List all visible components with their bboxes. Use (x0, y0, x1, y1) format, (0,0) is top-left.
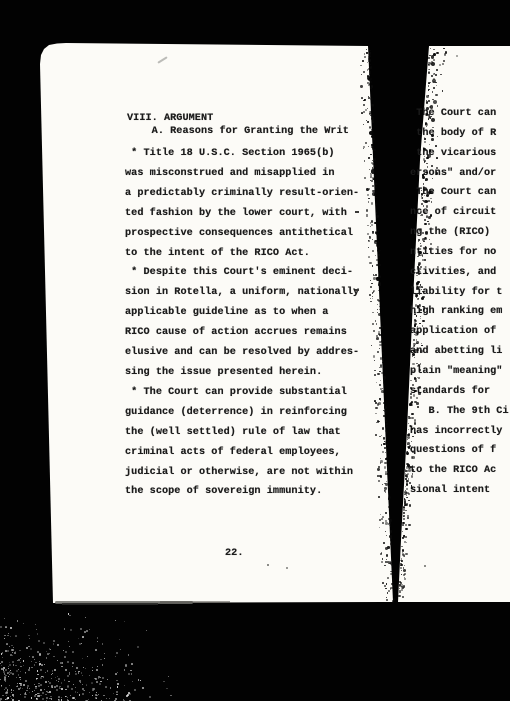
text-line: sing the issue presented herein. (125, 363, 359, 383)
noise-dot (9, 671, 10, 672)
text-line: * The Court can provide substantial (125, 383, 359, 403)
noise-dot (34, 659, 35, 660)
noise-dot (391, 571, 392, 572)
noise-dot (414, 432, 416, 434)
noise-dot (60, 662, 62, 664)
noise-dot (389, 535, 392, 538)
noise-dot (374, 165, 376, 167)
noise-dot (424, 156, 425, 157)
noise-dot (54, 686, 56, 688)
noise-dot (137, 646, 139, 648)
noise-dot (360, 85, 362, 87)
text-line: the scope of sovereign immunity. (125, 482, 359, 502)
noise-dot (61, 697, 62, 698)
noise-dot (82, 636, 84, 638)
noise-dot (47, 670, 48, 671)
noise-dot (0, 679, 1, 680)
noise-dot (378, 254, 380, 256)
noise-dot (95, 697, 97, 699)
noise-dot (1, 665, 2, 666)
noise-dot (38, 685, 40, 687)
noise-dot (51, 685, 53, 687)
noise-dot (433, 59, 435, 61)
noise-dot (412, 469, 414, 471)
noise-dot (31, 667, 32, 668)
noise-dot (67, 661, 69, 663)
noise-dot (8, 697, 9, 698)
text-line: judicial or otherwise, are not within (125, 463, 359, 483)
text-line: questions of f (410, 441, 509, 461)
text-line: * Despite this Court's eminent deci- (125, 263, 359, 283)
noise-dot (8, 668, 10, 670)
noise-dot (376, 277, 380, 281)
noise-dot (92, 695, 93, 696)
noise-dot (61, 682, 62, 683)
noise-dot (67, 675, 69, 677)
noise-dot (415, 333, 417, 335)
noise-dot (373, 141, 374, 142)
noise-dot (366, 120, 367, 121)
noise-dot (96, 692, 97, 693)
noise-dot (98, 678, 99, 679)
noise-dot (379, 306, 380, 307)
noise-dot (416, 363, 417, 364)
noise-dot (428, 216, 431, 219)
noise-dot (78, 638, 79, 639)
noise-dot (416, 275, 417, 276)
noise-dot (5, 687, 7, 689)
noise-dot (424, 200, 428, 204)
noise-dot (3, 671, 5, 673)
noise-dot (389, 511, 391, 513)
noise-dot (10, 636, 11, 637)
noise-dot (89, 675, 90, 676)
noise-dot (426, 126, 427, 127)
noise-dot (82, 658, 83, 659)
noise-dot (45, 694, 47, 696)
noise-dot (414, 312, 415, 313)
noise-dot (368, 157, 369, 158)
noise-dot (16, 677, 17, 678)
noise-dot (80, 682, 81, 683)
noise-dot (20, 684, 21, 685)
noise-dot (65, 696, 66, 697)
noise-dot (49, 653, 50, 654)
noise-dot (411, 475, 413, 477)
noise-dot (39, 653, 41, 655)
noise-dot (55, 677, 56, 678)
noise-dot (378, 300, 381, 303)
noise-dot (374, 180, 375, 181)
noise-dot (387, 577, 389, 579)
noise-dot (375, 255, 376, 256)
noise-dot (34, 690, 35, 691)
noise-dot (390, 573, 393, 576)
noise-dot (375, 183, 377, 185)
noise-dot (4, 618, 5, 619)
noise-dot (40, 689, 42, 691)
noise-dot (374, 370, 375, 371)
noise-dot (116, 652, 118, 654)
noise-dot (23, 684, 25, 686)
noise-dot (46, 697, 47, 698)
text-line: guidance (deterrence) in reinforcing (125, 403, 359, 423)
noise-dot (428, 100, 430, 102)
noise-dot (378, 480, 380, 482)
noise-dot (125, 664, 127, 666)
noise-dot (383, 437, 385, 439)
noise-dot (29, 656, 30, 657)
noise-dot (372, 250, 374, 252)
text-line: has incorrectly (410, 422, 509, 442)
noise-dot (59, 687, 60, 688)
noise-dot (420, 363, 422, 365)
noise-dot (25, 680, 27, 682)
noise-dot (62, 662, 64, 664)
noise-dot (53, 640, 55, 642)
noise-dot (115, 698, 117, 700)
noise-dot (376, 259, 378, 261)
noise-dot (75, 691, 77, 693)
noise-dot (370, 301, 371, 302)
noise-dot (386, 436, 387, 437)
noise-dot (387, 468, 390, 471)
noise-dot (385, 522, 387, 524)
noise-dot (376, 337, 379, 340)
noise-dot (20, 671, 21, 672)
noise-dot (9, 685, 10, 686)
noise-dot (416, 339, 418, 341)
noise-dot (88, 699, 89, 700)
noise-dot (28, 646, 29, 647)
noise-dot (48, 692, 49, 693)
noise-dot (363, 111, 365, 113)
noise-dot (75, 699, 76, 700)
noise-dot (126, 695, 127, 696)
noise-dot (13, 690, 14, 691)
noise-dot (428, 69, 429, 70)
noise-dot (56, 689, 58, 691)
noise-dot (20, 687, 21, 688)
noise-dot (428, 191, 431, 194)
noise-dot (41, 664, 43, 666)
noise-dot (124, 669, 126, 671)
noise-dot (168, 676, 169, 677)
noise-dot (7, 635, 9, 637)
noise-dot (5, 674, 6, 675)
noise-dot (102, 643, 103, 644)
noise-dot (431, 75, 433, 77)
noise-dot (116, 694, 118, 696)
noise-dot (19, 677, 21, 679)
noise-dot (420, 350, 423, 353)
noise-dot (40, 695, 42, 697)
noise-dot (58, 681, 59, 682)
noise-dot (381, 518, 383, 520)
text-line: sion in Rotella, a uniform, nationally (125, 283, 359, 303)
scan-speck (267, 564, 269, 566)
noise-dot (38, 640, 39, 641)
noise-dot (96, 698, 97, 699)
noise-dot (95, 649, 97, 651)
noise-dot (35, 687, 37, 689)
noise-dot (418, 273, 420, 275)
noise-dot (82, 675, 83, 676)
noise-dot (378, 313, 380, 315)
noise-dot (411, 487, 413, 489)
noise-dot (366, 209, 368, 211)
noise-dot (370, 64, 371, 65)
noise-dot (373, 138, 375, 140)
noise-dot (429, 144, 430, 145)
noise-dot (410, 393, 412, 395)
noise-dot (392, 583, 393, 584)
noise-dot (106, 698, 107, 699)
noise-dot (432, 79, 436, 83)
noise-dot (392, 579, 394, 581)
noise-dot (13, 647, 14, 648)
noise-dot (371, 169, 375, 173)
noise-dot (67, 699, 68, 700)
noise-dot (427, 221, 429, 223)
noise-dot (89, 692, 90, 693)
noise-dot (377, 373, 379, 375)
noise-dot (79, 694, 80, 695)
noise-dot (7, 689, 8, 690)
noise-dot (390, 539, 391, 540)
noise-dot (388, 486, 390, 488)
noise-dot (373, 330, 375, 332)
noise-dot (423, 308, 425, 310)
noise-dot (414, 422, 416, 424)
noise-dot (376, 382, 377, 383)
noise-dot (131, 663, 133, 665)
scan-speck (424, 565, 426, 567)
noise-dot (78, 672, 80, 674)
noise-dot (85, 668, 86, 669)
noise-dot (20, 694, 21, 695)
noise-dot (117, 683, 119, 685)
noise-dot (104, 658, 105, 659)
page-number: 22. (225, 548, 244, 559)
noise-dot (75, 687, 76, 688)
noise-dot (376, 243, 379, 246)
noise-dot (408, 433, 411, 436)
noise-dot (1, 661, 3, 663)
noise-dot (385, 547, 387, 549)
noise-dot (407, 517, 409, 519)
noise-dot (370, 81, 372, 83)
noise-dot (8, 666, 9, 667)
noise-dot (374, 374, 376, 376)
noise-dot (42, 698, 44, 700)
noise-dot (376, 212, 378, 214)
noise-dot (435, 145, 437, 147)
noise-dot (29, 688, 30, 689)
noise-dot (39, 693, 40, 694)
text-line: the (well settled) rule of law that (125, 423, 359, 443)
noise-dot (405, 504, 407, 506)
text-line: * Title 18 U.S.C. Section 1965(b) (125, 144, 359, 164)
noise-dot (14, 652, 16, 654)
noise-dot (65, 669, 67, 671)
noise-dot (85, 617, 86, 618)
noise-dot (97, 641, 98, 642)
noise-dot (140, 680, 141, 681)
noise-dot (368, 240, 370, 242)
noise-dot (367, 82, 369, 84)
noise-dot (115, 620, 116, 621)
noise-dot (131, 673, 132, 674)
noise-dot (25, 672, 26, 673)
noise-dot (36, 678, 37, 679)
noise-dot (410, 396, 413, 399)
noise-dot (433, 73, 435, 75)
noise-dot (81, 672, 83, 674)
noise-dot (67, 686, 69, 688)
noise-dot (45, 672, 46, 673)
noise-dot (421, 197, 423, 199)
noise-dot (76, 667, 78, 669)
noise-dot (58, 678, 60, 680)
noise-dot (428, 200, 430, 202)
noise-dot (9, 674, 10, 675)
noise-dot (386, 599, 388, 601)
noise-dot (68, 681, 70, 683)
noise-dot (73, 684, 74, 685)
noise-dot (2, 695, 3, 696)
noise-dot (384, 487, 386, 489)
noise-dot (50, 696, 51, 697)
noise-dot (373, 161, 374, 162)
noise-dot (405, 474, 408, 477)
noise-dot (18, 688, 20, 690)
noise-dot (379, 309, 380, 310)
noise-dot (104, 653, 105, 654)
text-line: sional intent (410, 481, 509, 501)
text-line: criminal acts of federal employees, (125, 443, 359, 463)
noise-dot (416, 343, 417, 344)
noise-dot (399, 582, 400, 583)
noise-dot (375, 407, 377, 409)
noise-dot (388, 498, 390, 500)
noise-dot (386, 433, 387, 434)
noise-dot (28, 669, 30, 671)
noise-dot (375, 402, 376, 403)
noise-dot (401, 558, 402, 559)
noise-dot (69, 615, 71, 617)
noise-dot (385, 415, 386, 416)
noise-dot (68, 641, 69, 642)
noise-dot (48, 686, 49, 687)
noise-dot (366, 52, 367, 53)
noise-dot (8, 676, 9, 677)
noise-dot (409, 403, 412, 406)
noise-dot (379, 273, 380, 274)
noise-dot (421, 193, 423, 195)
noise-dot (378, 269, 380, 271)
noise-dot (65, 651, 67, 653)
noise-dot (39, 665, 41, 667)
noise-dot (109, 698, 110, 699)
noise-dot (421, 286, 423, 288)
noise-dot (383, 382, 385, 384)
noise-dot (385, 473, 386, 474)
noise-dot (403, 518, 404, 519)
noise-dot (371, 220, 373, 222)
noise-dot (380, 400, 381, 401)
noise-dot (12, 673, 14, 675)
noise-dot (369, 52, 371, 54)
noise-dot (56, 685, 58, 687)
noise-dot (29, 667, 31, 669)
noise-dot (35, 662, 37, 664)
noise-dot (61, 666, 62, 667)
noise-dot (377, 249, 380, 252)
noise-dot (374, 158, 376, 160)
noise-dot (435, 94, 438, 97)
noise-dot (377, 468, 379, 470)
noise-dot (31, 661, 32, 662)
noise-dot (406, 480, 408, 482)
noise-dot (43, 642, 45, 644)
noise-dot (40, 684, 42, 686)
noise-dot (415, 293, 417, 295)
noise-dot (412, 350, 414, 352)
noise-dot (380, 553, 382, 555)
noise-dot (436, 167, 438, 169)
noise-dot (92, 667, 93, 668)
noise-dot (372, 323, 374, 325)
noise-dot (376, 218, 377, 219)
noise-dot (37, 670, 39, 672)
noise-dot (419, 386, 421, 388)
noise-dot (163, 681, 164, 682)
right-page-body-text: The Court can the body of R the vicariou… (410, 104, 509, 501)
noise-dot (120, 649, 121, 650)
noise-dot (80, 628, 81, 629)
noise-dot (2, 657, 3, 658)
noise-dot (130, 670, 132, 672)
noise-dot (170, 695, 172, 697)
left-page-body-text: * Title 18 U.S.C. Section 1965(b)was mis… (125, 144, 359, 502)
noise-dot (376, 203, 377, 204)
noise-dot (128, 654, 129, 655)
noise-dot (362, 60, 364, 62)
noise-dot (49, 698, 50, 699)
bottom-edge-smudge (62, 603, 158, 605)
noise-dot (376, 215, 378, 217)
noise-dot (401, 589, 403, 591)
noise-dot (405, 492, 407, 494)
noise-dot (436, 69, 438, 71)
noise-dot (433, 49, 434, 50)
noise-dot (30, 648, 32, 650)
noise-dot (91, 682, 93, 684)
noise-dot (100, 659, 101, 660)
noise-dot (384, 406, 386, 408)
noise-dot (414, 325, 415, 326)
noise-dot (383, 391, 385, 393)
noise-dot (407, 464, 410, 467)
noise-dot (432, 91, 433, 92)
noise-dot (20, 666, 21, 667)
text-line: RICO cause of action accrues remains (125, 323, 359, 343)
noise-dot (57, 660, 58, 661)
noise-dot (423, 158, 425, 160)
noise-dot (82, 684, 83, 685)
noise-dot (420, 309, 422, 311)
